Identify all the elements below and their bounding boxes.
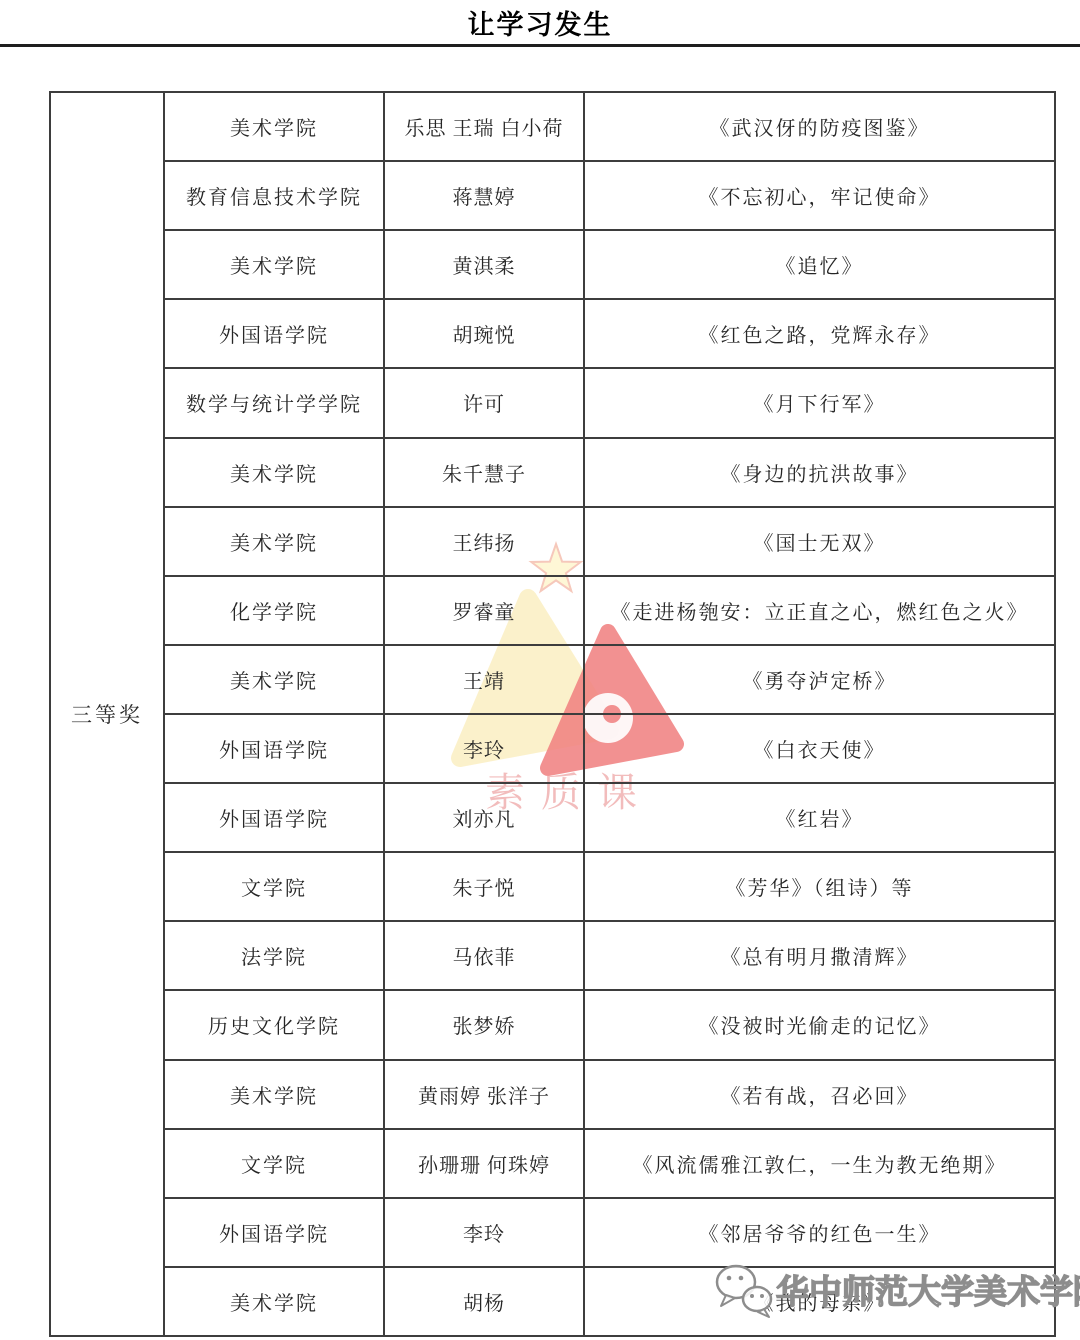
names-cell: 孙珊珊 何珠婷 <box>385 1130 585 1197</box>
work-title-cell: 《月下行军》 <box>585 369 1054 436</box>
names-cell: 王靖 <box>385 646 585 713</box>
college-cell: 外国语学院 <box>165 715 385 782</box>
college-cell: 美术学院 <box>165 439 385 506</box>
page-title: 让学习发生 <box>468 3 613 42</box>
awards-table: 三等奖 美术学院 乐思 王瑞 白小荷 《武汉伢的防疫图鉴》 教育信息技术学院 蒋… <box>49 91 1056 1337</box>
college-cell: 教育信息技术学院 <box>165 162 385 229</box>
names-cell: 李玲 <box>385 715 585 782</box>
table-row: 历史文化学院 张梦娇 《没被时光偷走的记忆》 <box>165 991 1054 1060</box>
college-cell: 历史文化学院 <box>165 991 385 1058</box>
names-cell: 马依菲 <box>385 922 585 989</box>
table-row: 文学院 朱子悦 《芳华》（组诗）等 <box>165 853 1054 922</box>
table-row: 美术学院 黄淇柔 《追忆》 <box>165 231 1054 300</box>
work-title-cell: 《身边的抗洪故事》 <box>585 439 1054 506</box>
work-title-cell: 《不忘初心，牢记使命》 <box>585 162 1054 229</box>
work-title-cell: 《风流儒雅江敦仁，一生为教无绝期》 <box>585 1130 1054 1197</box>
work-title-cell: 《总有明月撒清辉》 <box>585 922 1054 989</box>
table-row: 美术学院 王靖 《勇夺泸定桥》 <box>165 646 1054 715</box>
names-cell: 胡琬悦 <box>385 300 585 367</box>
table-row: 数学与统计学学院 许可 《月下行军》 <box>165 369 1054 438</box>
names-cell: 乐思 王瑞 白小荷 <box>385 93 585 160</box>
table-row: 外国语学院 李玲 《邻居爷爷的红色一生》 <box>165 1199 1054 1268</box>
award-tier-cell: 三等奖 <box>51 93 165 1335</box>
names-cell: 黄淇柔 <box>385 231 585 298</box>
names-cell: 刘亦凡 <box>385 784 585 851</box>
table-row: 外国语学院 胡琬悦 《红色之路，党辉永存》 <box>165 300 1054 369</box>
college-cell: 数学与统计学学院 <box>165 369 385 436</box>
awards-rows: 美术学院 乐思 王瑞 白小荷 《武汉伢的防疫图鉴》 教育信息技术学院 蒋慧婷 《… <box>165 93 1054 1335</box>
college-cell: 文学院 <box>165 853 385 920</box>
college-cell: 法学院 <box>165 922 385 989</box>
college-cell: 美术学院 <box>165 1268 385 1335</box>
work-title-cell: 《芳华》（组诗）等 <box>585 853 1054 920</box>
work-title-cell: 《若有战，召必回》 <box>585 1061 1054 1128</box>
work-title-cell: 《红岩》 <box>585 784 1054 851</box>
names-cell: 黄雨婷 张洋子 <box>385 1061 585 1128</box>
names-cell: 张梦娇 <box>385 991 585 1058</box>
work-title-cell: 《红色之路，党辉永存》 <box>585 300 1054 367</box>
names-cell: 王纬扬 <box>385 508 585 575</box>
table-row: 美术学院 王纬扬 《国士无双》 <box>165 508 1054 577</box>
table-row: 外国语学院 刘亦凡 《红岩》 <box>165 784 1054 853</box>
names-cell: 朱千慧子 <box>385 439 585 506</box>
work-title-cell: 《国士无双》 <box>585 508 1054 575</box>
names-cell: 朱子悦 <box>385 853 585 920</box>
work-title-cell: 《没被时光偷走的记忆》 <box>585 991 1054 1058</box>
names-cell: 蒋慧婷 <box>385 162 585 229</box>
names-cell: 胡杨 <box>385 1268 585 1335</box>
table-row: 文学院 孙珊珊 何珠婷 《风流儒雅江敦仁，一生为教无绝期》 <box>165 1130 1054 1199</box>
work-title-cell: 《勇夺泸定桥》 <box>585 646 1054 713</box>
college-cell: 外国语学院 <box>165 1199 385 1266</box>
table-row: 美术学院 黄雨婷 张洋子 《若有战，召必回》 <box>165 1061 1054 1130</box>
work-title-cell: 《我的母亲》 <box>585 1268 1054 1335</box>
names-cell: 许可 <box>385 369 585 436</box>
college-cell: 美术学院 <box>165 508 385 575</box>
table-row: 外国语学院 李玲 《白衣天使》 <box>165 715 1054 784</box>
work-title-cell: 《追忆》 <box>585 231 1054 298</box>
college-cell: 美术学院 <box>165 231 385 298</box>
college-cell: 外国语学院 <box>165 784 385 851</box>
college-cell: 美术学院 <box>165 1061 385 1128</box>
table-row: 美术学院 胡杨 《我的母亲》 <box>165 1268 1054 1335</box>
college-cell: 化学学院 <box>165 577 385 644</box>
work-title-cell: 《武汉伢的防疫图鉴》 <box>585 93 1054 160</box>
table-row: 化学学院 罗睿童 《走进杨匏安：立正直之心，燃红色之火》 <box>165 577 1054 646</box>
work-title-cell: 《走进杨匏安：立正直之心，燃红色之火》 <box>585 577 1054 644</box>
names-cell: 罗睿童 <box>385 577 585 644</box>
page-header: 让学习发生 <box>0 0 1080 47</box>
college-cell: 外国语学院 <box>165 300 385 367</box>
work-title-cell: 《邻居爷爷的红色一生》 <box>585 1199 1054 1266</box>
table-row: 法学院 马依菲 《总有明月撒清辉》 <box>165 922 1054 991</box>
names-cell: 李玲 <box>385 1199 585 1266</box>
table-row: 美术学院 乐思 王瑞 白小荷 《武汉伢的防疫图鉴》 <box>165 93 1054 162</box>
college-cell: 美术学院 <box>165 93 385 160</box>
college-cell: 美术学院 <box>165 646 385 713</box>
table-row: 教育信息技术学院 蒋慧婷 《不忘初心，牢记使命》 <box>165 162 1054 231</box>
college-cell: 文学院 <box>165 1130 385 1197</box>
work-title-cell: 《白衣天使》 <box>585 715 1054 782</box>
table-row: 美术学院 朱千慧子 《身边的抗洪故事》 <box>165 439 1054 508</box>
